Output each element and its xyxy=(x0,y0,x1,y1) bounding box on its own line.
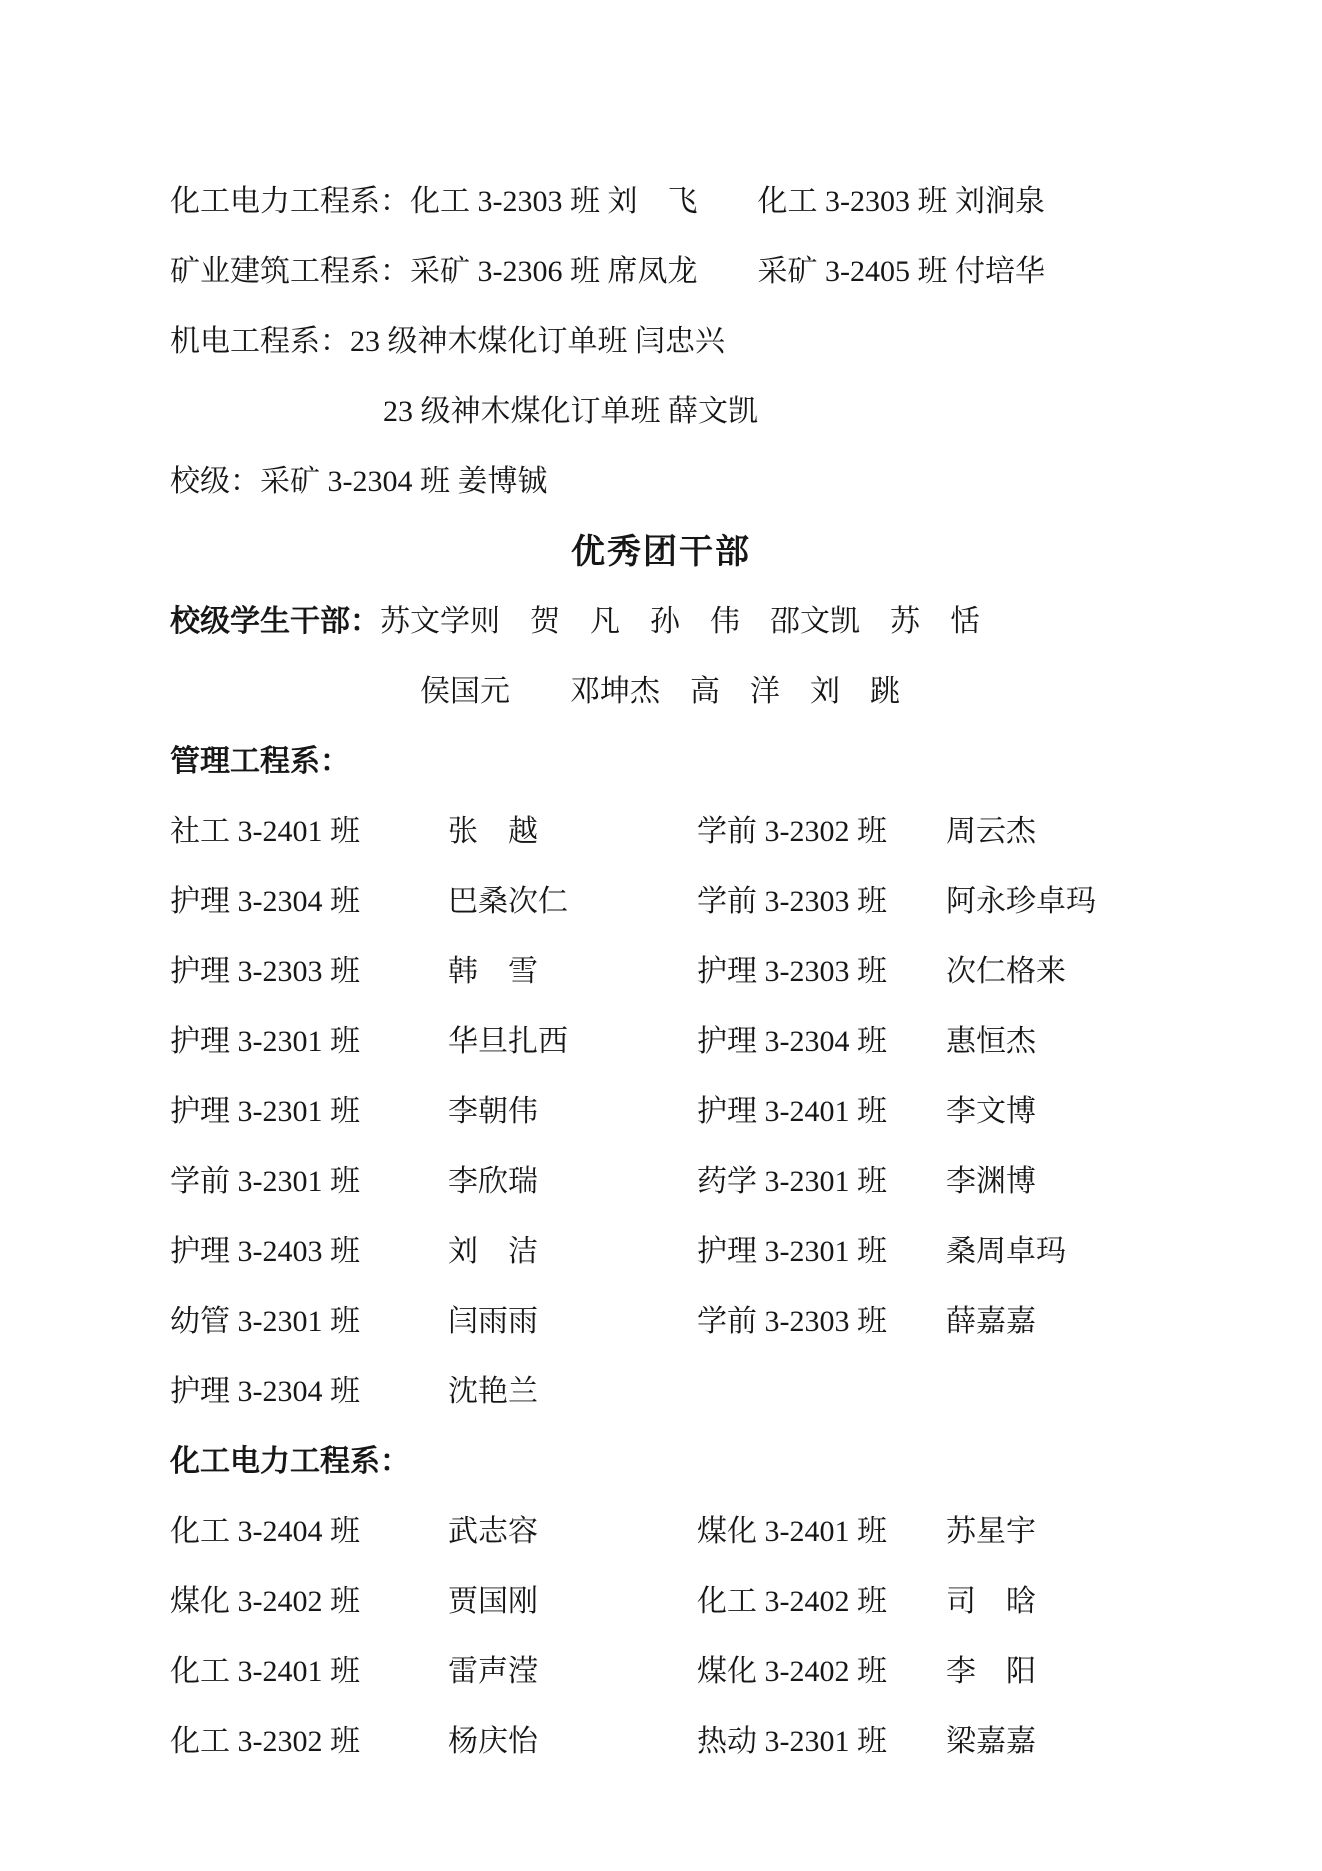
management-table: 社工 3-2401 班张 越学前 3-2302 班周云杰护理 3-2304 班巴… xyxy=(170,793,1152,1423)
student-name: 张 越 xyxy=(448,806,697,850)
student-name: 苏星宇 xyxy=(946,1506,1152,1550)
page-title: 优秀团干部 xyxy=(170,513,1152,583)
class-label: 护理 3-2301 班 xyxy=(697,1226,946,1270)
class-label: 护理 3-2401 班 xyxy=(697,1086,946,1130)
student-name: 沈艳兰 xyxy=(448,1366,697,1410)
student-name: 李渊博 xyxy=(946,1156,1152,1200)
school-level-award-line: 校级：采矿 3-2304 班 姜博铖 xyxy=(170,443,1152,513)
student-name: 杨庆怡 xyxy=(448,1716,697,1760)
class-label: 化工 3-2402 班 xyxy=(697,1576,946,1620)
class-label: 护理 3-2304 班 xyxy=(697,1016,946,1060)
class-label: 社工 3-2401 班 xyxy=(170,806,448,850)
table-row: 化工 3-2302 班杨庆怡热动 3-2301 班梁嘉嘉 xyxy=(170,1703,1152,1773)
table-row: 煤化 3-2402 班贾国刚化工 3-2402 班司 晗 xyxy=(170,1563,1152,1633)
class-label: 化工 3-2401 班 xyxy=(170,1646,448,1690)
class-label: 学前 3-2303 班 xyxy=(697,1296,946,1340)
dept-award-line: 化工电力工程系：化工 3-2303 班 刘 飞 化工 3-2303 班 刘涧泉 xyxy=(170,163,1152,233)
student-name: 贾国刚 xyxy=(448,1576,697,1620)
table-row: 化工 3-2401 班雷声滢煤化 3-2402 班李 阳 xyxy=(170,1633,1152,1703)
school-cadre-names: 苏文学则 贺 凡 孙 伟 邵文凯 苏 恬 xyxy=(380,596,980,640)
student-name: 梁嘉嘉 xyxy=(946,1716,1152,1760)
class-label: 学前 3-2302 班 xyxy=(697,806,946,850)
table-row: 幼管 3-2301 班闫雨雨学前 3-2303 班薛嘉嘉 xyxy=(170,1283,1152,1353)
student-name: 阿永珍卓玛 xyxy=(946,876,1152,920)
chemical-power-table: 化工 3-2404 班武志容煤化 3-2401 班苏星宇煤化 3-2402 班贾… xyxy=(170,1493,1152,1773)
student-name: 雷声滢 xyxy=(448,1646,697,1690)
table-row: 护理 3-2301 班李朝伟护理 3-2401 班李文博 xyxy=(170,1073,1152,1143)
class-label: 护理 3-2403 班 xyxy=(170,1226,448,1270)
student-name: 周云杰 xyxy=(946,806,1152,850)
student-name: 司 晗 xyxy=(946,1576,1152,1620)
table-row: 护理 3-2403 班刘 洁护理 3-2301 班桑周卓玛 xyxy=(170,1213,1152,1283)
table-row: 护理 3-2301 班华旦扎西护理 3-2304 班惠恒杰 xyxy=(170,1003,1152,1073)
student-name: 闫雨雨 xyxy=(448,1296,697,1340)
table-row: 学前 3-2301 班李欣瑞药学 3-2301 班李渊博 xyxy=(170,1143,1152,1213)
class-label: 护理 3-2301 班 xyxy=(170,1086,448,1130)
class-label: 药学 3-2301 班 xyxy=(697,1156,946,1200)
section-heading-management: 管理工程系： xyxy=(170,723,1152,793)
student-name: 薛嘉嘉 xyxy=(946,1296,1152,1340)
class-label: 幼管 3-2301 班 xyxy=(170,1296,448,1340)
table-row: 社工 3-2401 班张 越学前 3-2302 班周云杰 xyxy=(170,793,1152,863)
student-name: 武志容 xyxy=(448,1506,697,1550)
student-name: 韩 雪 xyxy=(448,946,697,990)
class-label: 护理 3-2304 班 xyxy=(170,876,448,920)
school-cadre-names-continued: 侯国元 邓坤杰 高 洋 刘 跳 xyxy=(170,653,1152,723)
class-label: 热动 3-2301 班 xyxy=(697,1716,946,1760)
table-row: 护理 3-2303 班韩 雪护理 3-2303 班次仁格来 xyxy=(170,933,1152,1003)
class-label: 护理 3-2303 班 xyxy=(697,946,946,990)
class-label: 煤化 3-2402 班 xyxy=(697,1646,946,1690)
dept-award-line-continued: 23 级神木煤化订单班 薛文凯 xyxy=(170,373,1152,443)
document-page: 化工电力工程系：化工 3-2303 班 刘 飞 化工 3-2303 班 刘涧泉 … xyxy=(0,0,1322,1871)
section-heading-chemical-power: 化工电力工程系： xyxy=(170,1423,1152,1493)
student-name: 李 阳 xyxy=(946,1646,1152,1690)
class-label: 学前 3-2301 班 xyxy=(170,1156,448,1200)
student-name: 李文博 xyxy=(946,1086,1152,1130)
class-label: 煤化 3-2402 班 xyxy=(170,1576,448,1620)
student-name: 李欣瑞 xyxy=(448,1156,697,1200)
class-label: 护理 3-2304 班 xyxy=(170,1366,448,1410)
class-label: 护理 3-2303 班 xyxy=(170,946,448,990)
student-name: 惠恒杰 xyxy=(946,1016,1152,1060)
table-row: 护理 3-2304 班巴桑次仁学前 3-2303 班阿永珍卓玛 xyxy=(170,863,1152,933)
school-cadre-line: 校级学生干部：苏文学则 贺 凡 孙 伟 邵文凯 苏 恬 xyxy=(170,583,1152,653)
student-name: 刘 洁 xyxy=(448,1226,697,1270)
student-name: 华旦扎西 xyxy=(448,1016,697,1060)
student-name: 次仁格来 xyxy=(946,946,1152,990)
class-label: 学前 3-2303 班 xyxy=(697,876,946,920)
school-cadre-label: 校级学生干部： xyxy=(170,596,380,640)
student-name: 桑周卓玛 xyxy=(946,1226,1152,1270)
class-label: 化工 3-2404 班 xyxy=(170,1506,448,1550)
table-row: 化工 3-2404 班武志容煤化 3-2401 班苏星宇 xyxy=(170,1493,1152,1563)
class-label: 煤化 3-2401 班 xyxy=(697,1506,946,1550)
table-row: 护理 3-2304 班沈艳兰 xyxy=(170,1353,1152,1423)
dept-award-line: 机电工程系：23 级神木煤化订单班 闫忠兴 xyxy=(170,303,1152,373)
dept-award-line: 矿业建筑工程系：采矿 3-2306 班 席凤龙 采矿 3-2405 班 付培华 xyxy=(170,233,1152,303)
class-label: 护理 3-2301 班 xyxy=(170,1016,448,1060)
student-name: 巴桑次仁 xyxy=(448,876,697,920)
student-name: 李朝伟 xyxy=(448,1086,697,1130)
class-label: 化工 3-2302 班 xyxy=(170,1716,448,1760)
